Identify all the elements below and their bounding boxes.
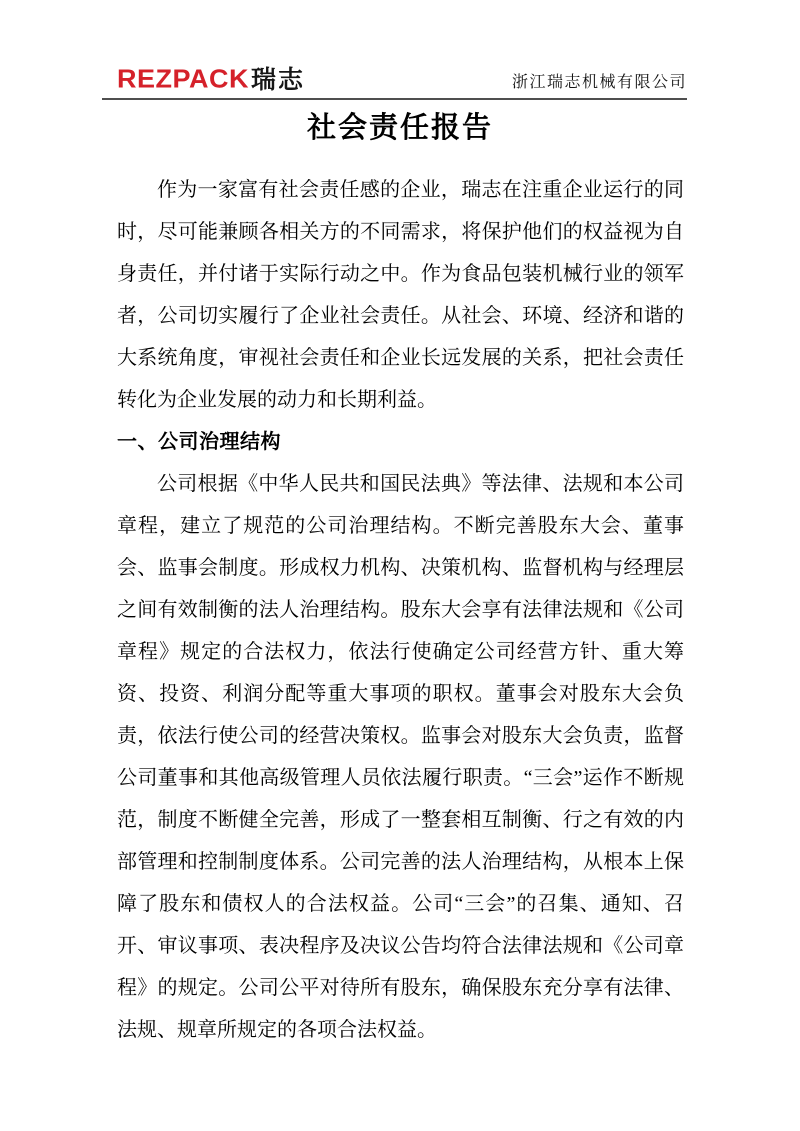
document-header: REZPACK 瑞志 浙江瑞志机械有限公司: [102, 0, 687, 100]
company-logo: REZPACK 瑞志: [117, 66, 305, 93]
logo-chinese-name: 瑞志: [251, 68, 305, 93]
company-name: 浙江瑞志机械有限公司: [512, 69, 687, 93]
page-title: 社会责任报告: [0, 107, 800, 149]
document-body: 作为一家富有社会责任感的企业，瑞志在注重企业运行的同时，尽可能兼顾各相关方的不同…: [117, 169, 684, 1051]
governance-paragraph: 公司根据《中华人民共和国民法典》等法律、法规和本公司章程，建立了规范的公司治理结…: [117, 463, 684, 1051]
intro-paragraph: 作为一家富有社会责任感的企业，瑞志在注重企业运行的同时，尽可能兼顾各相关方的不同…: [117, 169, 684, 421]
section-heading-governance: 一、公司治理结构: [117, 421, 684, 463]
rezpack-wordmark: REZPACK: [117, 67, 249, 93]
document-page: REZPACK 瑞志 浙江瑞志机械有限公司 社会责任报告 作为一家富有社会责任感…: [0, 0, 800, 1131]
